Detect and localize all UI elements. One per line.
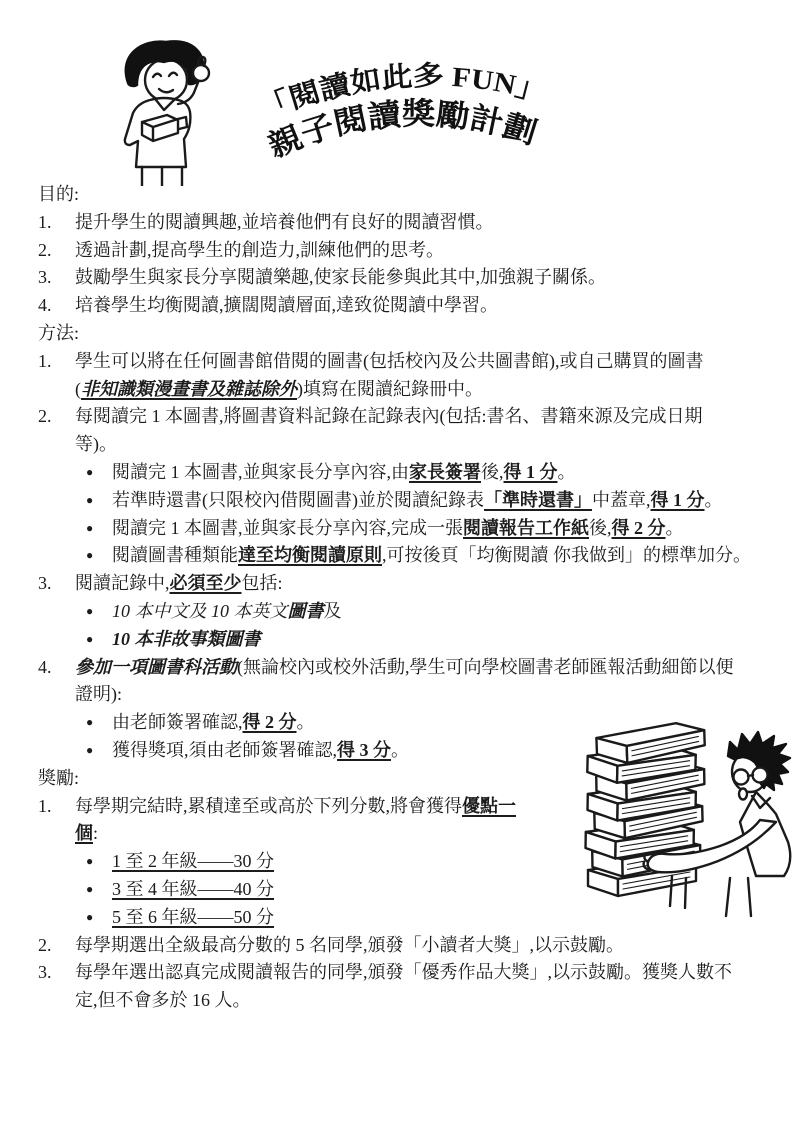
list-item: 2. 每閱讀完 1 本圖書,將圖書資料記錄在記錄表內(包括:書名、書籍來源及完成… (38, 403, 778, 459)
boy-face (145, 59, 187, 101)
list-item: 4. 參加一項圖書科活動(無論校內或校外活動,學生可向學校圖書老師匯報活動細節以… (38, 654, 778, 710)
item-text: 每閱讀完 1 本圖書,將圖書資料記錄在記錄表內(包括:書名、書籍來源及完成日期等… (75, 403, 703, 459)
bullet-item: ● 閱讀完 1 本圖書,並與家長分享內容,由家長簽署後,得 1 分。 (38, 459, 778, 487)
item-text: 培養學生均衡閱讀,擴闊閱讀層面,達致從閱讀中學習。 (75, 292, 498, 320)
bullet-text: 5 至 6 年級——50 分 (112, 904, 274, 932)
bullet-icon: ● (86, 487, 112, 515)
list-item: 1. 提升學生的閱讀興趣,並培養他們有良好的閱讀習慣。 (38, 209, 778, 237)
bullet-text: 獲得獎項,須由老師簽署確認,得 3 分。 (112, 737, 409, 765)
bullet-item: ● 閱讀圖書種類能達至均衡閱讀原則,可按後頁「均衡閱讀 你我做到」的標準加分。 (38, 542, 778, 570)
item-text: 鼓勵學生與家長分享閱讀樂趣,使家長能參與此其中,加強親子關係。 (75, 264, 606, 292)
list-item: 4. 培養學生均衡閱讀,擴闊閱讀層面,達致從閱讀中學習。 (38, 292, 778, 320)
item-text: 每學年選出認真完成閱讀報告的同學,頒發「優秀作品大獎」,以示鼓勵。獲獎人數不定,… (75, 959, 732, 1015)
item-number: 4. (38, 654, 75, 710)
bullet-text: 閱讀圖書種類能達至均衡閱讀原則,可按後頁「均衡閱讀 你我做到」的標準加分。 (112, 542, 751, 570)
bullet-icon: ● (86, 626, 112, 654)
list-item: 3. 鼓勵學生與家長分享閱讀樂趣,使家長能參與此其中,加強親子關係。 (38, 264, 778, 292)
bullet-text: 10 本非故事類圖書 (112, 626, 261, 654)
bullet-icon: ● (86, 515, 112, 543)
bullet-icon: ● (86, 848, 112, 876)
student-glasses-bridge (748, 775, 753, 776)
list-item: 3. 每學年選出認真完成閱讀報告的同學,頒發「優秀作品大獎」,以示鼓勵。獲獎人數… (38, 959, 778, 1015)
student-mouth (739, 789, 747, 800)
bullet-icon: ● (86, 542, 112, 570)
list-item: 3. 閱讀記錄中,必須至少包括: (38, 570, 778, 598)
item-number: 2. (38, 237, 75, 265)
bullet-item: ● 閱讀完 1 本圖書,並與家長分享內容,完成一張閱讀報告工作紙後,得 2 分。 (38, 515, 778, 543)
item-number: 2. (38, 932, 75, 960)
student-glasses (734, 770, 749, 785)
item-text: 提升學生的閱讀興趣,並培養他們有良好的閱讀習慣。 (75, 209, 494, 237)
bullet-item: ● 10 本非故事類圖書 (38, 626, 778, 654)
student-legs (726, 878, 751, 916)
bullet-text: 1 至 2 年級——30 分 (112, 848, 274, 876)
bullet-text: 閱讀完 1 本圖書,並與家長分享內容,完成一張閱讀報告工作紙後,得 2 分。 (112, 515, 684, 543)
bullet-icon: ● (86, 459, 112, 487)
bullet-icon: ● (86, 737, 112, 765)
document-page: 「閱讀如此多 FUN」 親子閱讀獎勵計劃 目的: 1. 提升學生的閱讀興趣,並培… (0, 0, 800, 1131)
item-text: 閱讀記錄中,必須至少包括: (75, 570, 283, 598)
bullet-text: 3 至 4 年級——40 分 (112, 876, 274, 904)
list-item: 2. 透過計劃,提高學生的創造力,訓練他們的思考。 (38, 237, 778, 265)
boy-with-books-illustration (98, 34, 250, 186)
bullet-item: ● 10 本中文及 10 本英文圖書及 (38, 598, 778, 626)
student-glasses-right (753, 768, 768, 783)
bullet-text: 若準時還書(只限校內借閱圖書)並於閱讀紀錄表「準時還書」中蓋章,得 1 分。 (112, 487, 723, 515)
item-text: 學生可以將在任何圖書館借閱的圖書(包括校內及公共圖書館),或自己購買的圖書(非知… (75, 348, 704, 404)
bullet-icon: ● (86, 598, 112, 626)
bullet-icon: ● (86, 904, 112, 932)
item-number: 1. (38, 348, 75, 404)
bullet-item: ● 若準時還書(只限校內借閱圖書)並於閱讀紀錄表「準時還書」中蓋章,得 1 分。 (38, 487, 778, 515)
bullet-text: 10 本中文及 10 本英文圖書及 (112, 598, 342, 626)
section-method: 方法: 1. 學生可以將在任何圖書館借閱的圖書(包括校內及公共圖書館),或自己購… (38, 320, 778, 765)
page-header: 「閱讀如此多 FUN」 親子閱讀獎勵計劃 (0, 0, 800, 185)
bullet-text: 由老師簽署確認,得 2 分。 (112, 709, 315, 737)
item-number: 3. (38, 959, 75, 1015)
item-text: 透過計劃,提高學生的創造力,訓練他們的思考。 (75, 237, 444, 265)
bullet-icon: ● (86, 709, 112, 737)
student-carrying-books-illustration (578, 720, 796, 920)
section-heading: 方法: (38, 320, 778, 348)
item-number: 1. (38, 209, 75, 237)
list-item: 1. 學生可以將在任何圖書館借閱的圖書(包括校內及公共圖書館),或自己購買的圖書… (38, 348, 778, 404)
bullet-text: 閱讀完 1 本圖書,並與家長分享內容,由家長簽署後,得 1 分。 (112, 459, 576, 487)
item-text: 每學期完結時,累積達至或高於下列分數,將會獲得優點一個: (75, 793, 516, 849)
item-number: 4. (38, 292, 75, 320)
item-number: 1. (38, 793, 75, 849)
item-number: 3. (38, 570, 75, 598)
title-arc: 「閱讀如此多 FUN」 親子閱讀獎勵計劃 (260, 50, 556, 168)
section-heading: 目的: (38, 181, 778, 209)
section-purpose: 目的: 1. 提升學生的閱讀興趣,並培養他們有良好的閱讀習慣。 2. 透過計劃,… (38, 181, 778, 320)
boy-fist (193, 65, 209, 81)
bullet-icon: ● (86, 876, 112, 904)
list-item: 2. 每學期選出全級最高分數的 5 名同學,頒發「小讀者大獎」,以示鼓勵。 (38, 932, 778, 960)
item-text: 每學期選出全級最高分數的 5 名同學,頒發「小讀者大獎」,以示鼓勵。 (75, 932, 624, 960)
item-number: 3. (38, 264, 75, 292)
item-text: 參加一項圖書科活動(無論校內或校外活動,學生可向學校圖書老師匯報活動細節以便證明… (75, 654, 734, 710)
item-number: 2. (38, 403, 75, 459)
